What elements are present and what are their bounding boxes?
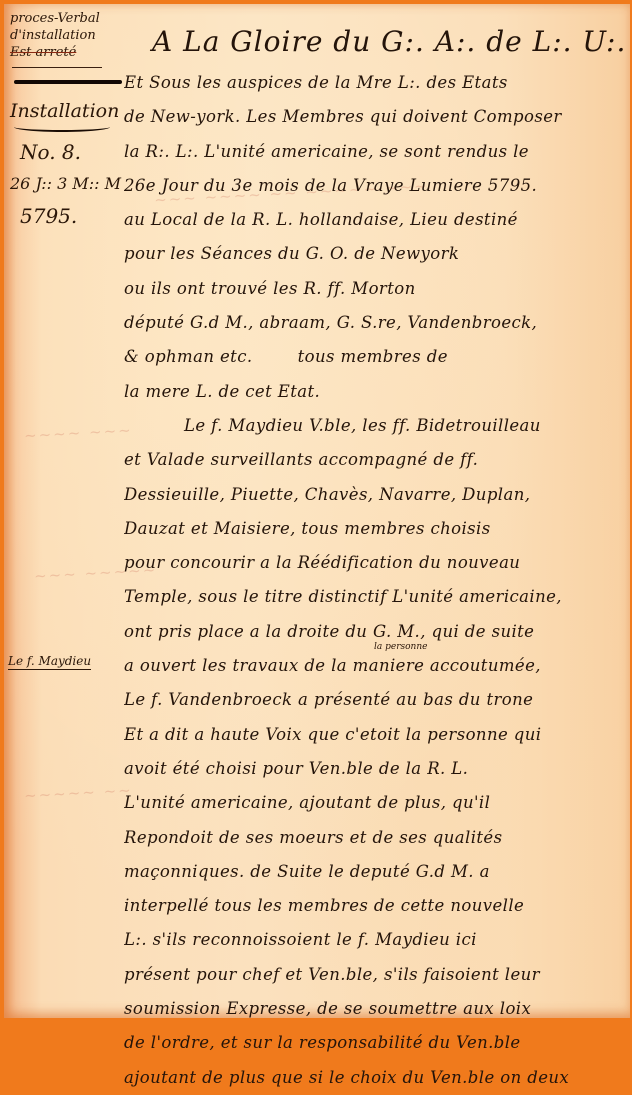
- margin-header-line: d'installation: [10, 27, 128, 44]
- bleed-through-text: ~~~~ ~~~: [24, 421, 134, 445]
- text-line: & ophman etc. tous membres de: [124, 340, 624, 374]
- text-line: L:. s'ils reconnoissoient le f. Maydieu …: [124, 923, 624, 957]
- text-line: la R:. L:. L'unité americaine, se sont r…: [124, 135, 624, 169]
- text-line: a ouvert les travaux de la maniere accou…: [124, 649, 624, 683]
- text-line: Temple, sous le titre distinctif L'unité…: [124, 580, 624, 614]
- installation-date: 26 J:: 3 M:: M: [10, 168, 128, 200]
- margin-note: Le f. Maydieu: [8, 654, 91, 670]
- left-margin-annotations: proces-Verbal d'installation Est arreté …: [10, 10, 128, 232]
- text-line: ou ils ont trouvé les R. ff. Morton: [124, 272, 624, 306]
- text-line: pour les Séances du G. O. de Newyork: [124, 237, 624, 271]
- text-line: au Local de la R. L. hollandaise, Lieu d…: [124, 203, 624, 237]
- text-line: de New-york. Les Membres qui doivent Com…: [124, 100, 624, 134]
- text-line: et Valade surveillants accompagné de ff.: [124, 443, 624, 477]
- text-line: présent pour chef et Ven.ble, s'ils fais…: [124, 958, 624, 992]
- text-line: Et a dit a haute Voix que c'etoit la per…: [124, 718, 624, 752]
- divider-thick: [14, 80, 122, 84]
- brace-flourish: [14, 122, 110, 132]
- text-line: Dessieuille, Piuette, Chavès, Navarre, D…: [124, 478, 624, 512]
- text-line: député G.d M., abraam, G. S.re, Vandenbr…: [124, 306, 624, 340]
- text-line: avoit été choisi pour Ven.ble de la R. L…: [124, 752, 624, 786]
- text-line: Repondoit de ses moeurs et de ses qualit…: [124, 821, 624, 855]
- text-line: maçonniques. de Suite le deputé G.d M. a: [124, 855, 624, 889]
- text-line: soumission Expresse, de se soumettre aux…: [124, 992, 624, 1024]
- margin-header-line: proces-Verbal: [10, 10, 128, 27]
- manuscript-body: A La Gloire du G:. A:. de L:. U:. Et Sou…: [124, 18, 624, 1024]
- bleed-through-text: ~~~~~ ~~: [24, 781, 134, 805]
- margin-header-struck: Est arreté: [10, 44, 128, 61]
- installation-title: Installation: [10, 100, 128, 122]
- text-line: interpellé tous les membres de cette nou…: [124, 889, 624, 923]
- manuscript-page: ~~~ ~~~~ ~~ ~~~~~ ~~~ ~~~~ ~~~ ~~~ ~~~~~…: [4, 4, 630, 1018]
- divider-thin: [12, 67, 102, 68]
- installation-number: No. 8.: [20, 136, 128, 168]
- text-line: Et Sous les auspices de la Mre L:. des E…: [124, 66, 624, 100]
- text-line: L'unité americaine, ajoutant de plus, qu…: [124, 786, 624, 820]
- text-line: Le f. Vandenbroeck a présenté au bas du …: [124, 683, 624, 717]
- text-line: la mere L. de cet Etat.: [124, 375, 624, 409]
- text-line: ont pris place a la droite du G. M., qui…: [124, 615, 624, 649]
- text-line: Le f. Maydieu V.ble, les ff. Bidetrouill…: [124, 409, 624, 443]
- installation-year: 5795.: [20, 200, 128, 232]
- text-line: pour concourir a la Réédification du nou…: [124, 546, 624, 580]
- text-line: 26e Jour du 3e mois de la Vraye Lumiere …: [124, 169, 624, 203]
- dedication-heading: A La Gloire du G:. A:. de L:. U:.: [152, 18, 624, 66]
- text-line: Dauzat et Maisiere, tous membres choisis: [124, 512, 624, 546]
